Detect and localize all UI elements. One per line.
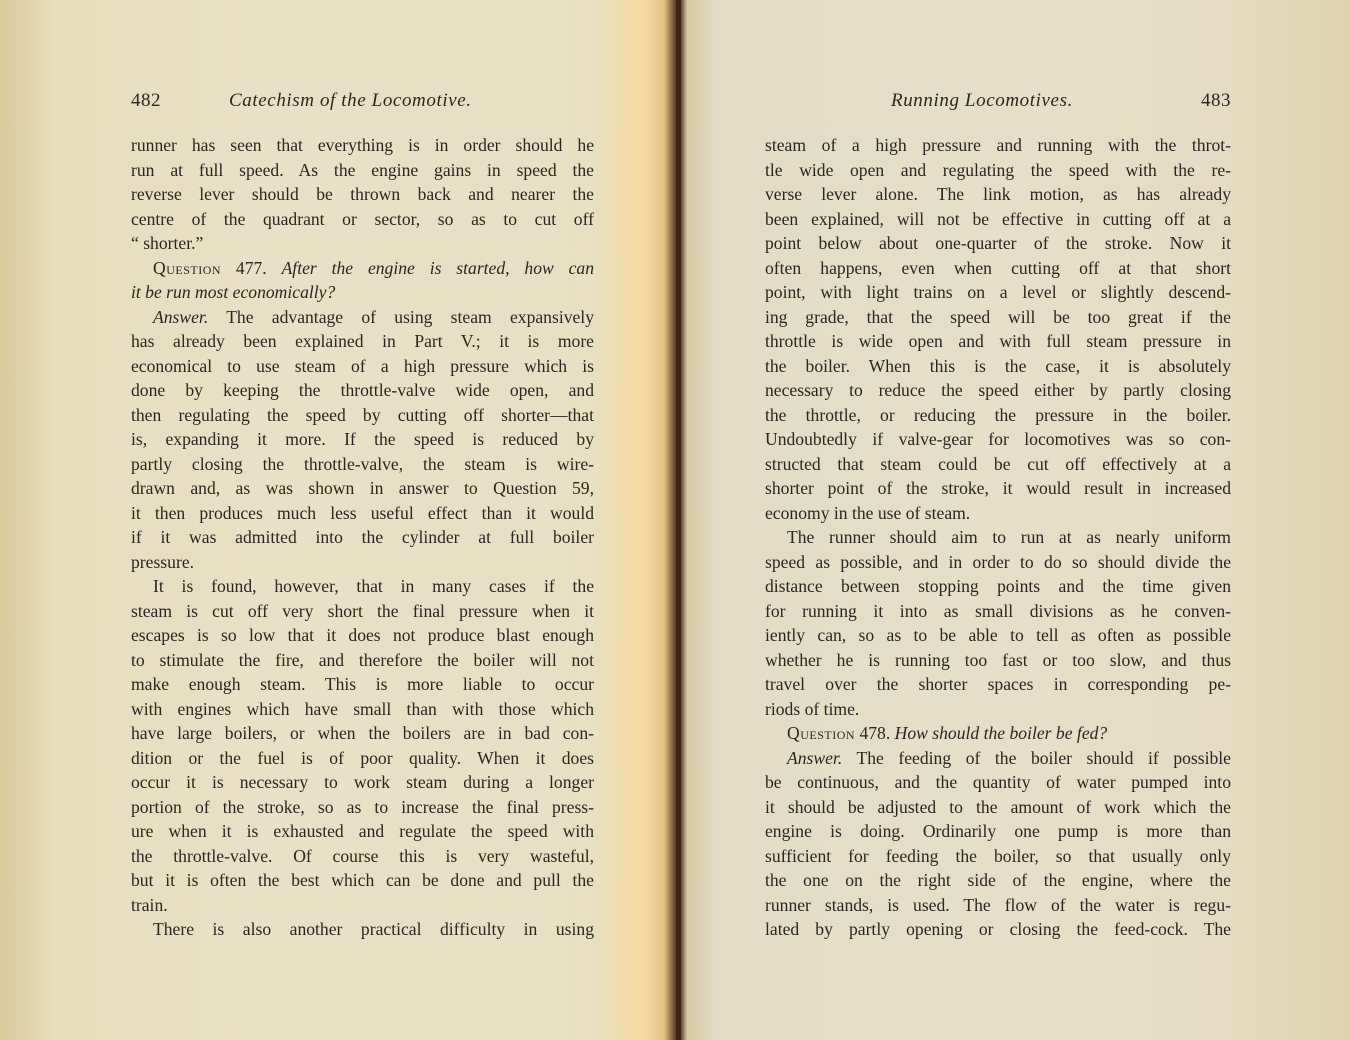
question-text: How should the boiler be fed? — [895, 723, 1108, 743]
answer-text: The advantage of using steam expansively — [226, 307, 594, 327]
text-line: There is also another practical difficul… — [131, 917, 594, 942]
text-line: but it is often the best which can be do… — [131, 868, 594, 893]
text-line: the throttle-valve. Of course this is ve… — [131, 844, 594, 869]
text-line: reverse lever should be thrown back and … — [131, 182, 594, 207]
text-line: shorter point of the stroke, it would re… — [765, 476, 1231, 501]
left-page: 482 Catechism of the Locomotive. runner … — [131, 0, 594, 1040]
text-line: done by keeping the throttle-valve wide … — [131, 378, 594, 403]
right-page: Running Locomotives. 483 steam of a high… — [765, 0, 1231, 1040]
text-line: train. — [131, 893, 594, 918]
left-body-text: runner has seen that everything is in or… — [131, 133, 594, 942]
text-line: structed that steam could be cut off eff… — [765, 452, 1231, 477]
text-line: distance between stopping points and the… — [765, 574, 1231, 599]
text-line: often happens, even when cutting off at … — [765, 256, 1231, 281]
text-line: been explained, will not be effective in… — [765, 207, 1231, 232]
question-number: 478. — [859, 723, 890, 743]
running-title: Running Locomotives. — [891, 90, 1073, 112]
text-line: ing grade, that the speed will be too gr… — [765, 305, 1231, 330]
question-label: Question — [787, 723, 855, 743]
text-line: then regulating the speed by cutting off… — [131, 403, 594, 428]
text-line: escapes is so low that it does not produ… — [131, 623, 594, 648]
text-line: if it was admitted into the cylinder at … — [131, 525, 594, 550]
text-line: economy in the use of steam. — [765, 501, 1231, 526]
question-text: After the engine is started, how can — [282, 258, 594, 278]
answer-label: Answer. — [153, 307, 208, 327]
text-line: The runner should aim to run at as nearl… — [765, 525, 1231, 550]
text-line: centre of the quadrant or sector, so as … — [131, 207, 594, 232]
text-line: Undoubtedly if valve-gear for locomotive… — [765, 427, 1231, 452]
book-spread: 482 Catechism of the Locomotive. runner … — [0, 0, 1350, 1040]
answer-text: The feeding of the boiler should if poss… — [856, 748, 1231, 768]
text-line: whether he is running too fast or too sl… — [765, 648, 1231, 673]
text-line: lated by partly opening or closing the f… — [765, 917, 1231, 942]
text-line: dition or the fuel is of poor quality. W… — [131, 746, 594, 771]
text-line: occur it is necessary to work steam duri… — [131, 770, 594, 795]
text-line: economical to use steam of a high pressu… — [131, 354, 594, 379]
text-line: the throttle, or reducing the pressure i… — [765, 403, 1231, 428]
text-line: throttle is wide open and with full stea… — [765, 329, 1231, 354]
text-line: it should be adjusted to the amount of w… — [765, 795, 1231, 820]
text-line: travel over the shorter spaces in corres… — [765, 672, 1231, 697]
text-line: “ shorter.” — [131, 231, 594, 256]
text-line: point, with light trains on a level or s… — [765, 280, 1231, 305]
text-line: sufficient for feeding the boiler, so th… — [765, 844, 1231, 869]
right-running-head: Running Locomotives. 483 — [765, 90, 1231, 116]
text-line: partly closing the throttle-valve, the s… — [131, 452, 594, 477]
question-number: 477. — [236, 258, 267, 278]
question-heading: Question 477. After the engine is starte… — [131, 256, 594, 281]
text-line: make enough steam. This is more liable t… — [131, 672, 594, 697]
text-line: ure when it is exhausted and regulate th… — [131, 819, 594, 844]
text-line: tle wide open and regulating the speed w… — [765, 158, 1231, 183]
text-line: the boiler. When this is the case, it is… — [765, 354, 1231, 379]
text-line: is, expanding it more. If the speed is r… — [131, 427, 594, 452]
text-line: has already been explained in Part V.; i… — [131, 329, 594, 354]
answer-label: Answer. — [787, 748, 842, 768]
question-text-continued: it be run most economically? — [131, 280, 594, 305]
text-line: portion of the stroke, so as to increase… — [131, 795, 594, 820]
page-number: 482 — [131, 90, 161, 112]
text-line: run at full speed. As the engine gains i… — [131, 158, 594, 183]
text-line: be continuous, and the quantity of water… — [765, 770, 1231, 795]
text-line: necessary to reduce the speed either by … — [765, 378, 1231, 403]
text-line: with engines which have small than with … — [131, 697, 594, 722]
text-line: iently can, so as to be able to tell as … — [765, 623, 1231, 648]
text-line: for running it into as small divisions a… — [765, 599, 1231, 624]
text-line: to stimulate the fire, and therefore the… — [131, 648, 594, 673]
answer-start: Answer. The feeding of the boiler should… — [765, 746, 1231, 771]
left-running-head: 482 Catechism of the Locomotive. — [131, 90, 594, 116]
text-line: steam is cut off very short the final pr… — [131, 599, 594, 624]
text-line: drawn and, as was shown in answer to Que… — [131, 476, 594, 501]
text-line: It is found, however, that in many cases… — [131, 574, 594, 599]
text-line: verse lever alone. The link motion, as h… — [765, 182, 1231, 207]
text-line: steam of a high pressure and running wit… — [765, 133, 1231, 158]
text-line: have large boilers, or when the boilers … — [131, 721, 594, 746]
book-spine — [676, 0, 681, 1040]
text-line: runner has seen that everything is in or… — [131, 133, 594, 158]
answer-start: Answer. The advantage of using steam exp… — [131, 305, 594, 330]
text-line: it then produces much less useful effect… — [131, 501, 594, 526]
text-line: pressure. — [131, 550, 594, 575]
text-line: the one on the right side of the engine,… — [765, 868, 1231, 893]
text-line: point below about one-quarter of the str… — [765, 231, 1231, 256]
text-line: speed as possible, and in order to do so… — [765, 550, 1231, 575]
question-label: Question — [153, 258, 221, 278]
gutter-shadow — [600, 0, 680, 1040]
text-line: runner stands, is used. The flow of the … — [765, 893, 1231, 918]
question-heading: Question 478. How should the boiler be f… — [765, 721, 1231, 746]
page-number: 483 — [1201, 90, 1231, 112]
right-body-text: steam of a high pressure and running wit… — [765, 133, 1231, 942]
text-line: riods of time. — [765, 697, 1231, 722]
text-line: engine is doing. Ordinarily one pump is … — [765, 819, 1231, 844]
running-title: Catechism of the Locomotive. — [229, 90, 472, 112]
